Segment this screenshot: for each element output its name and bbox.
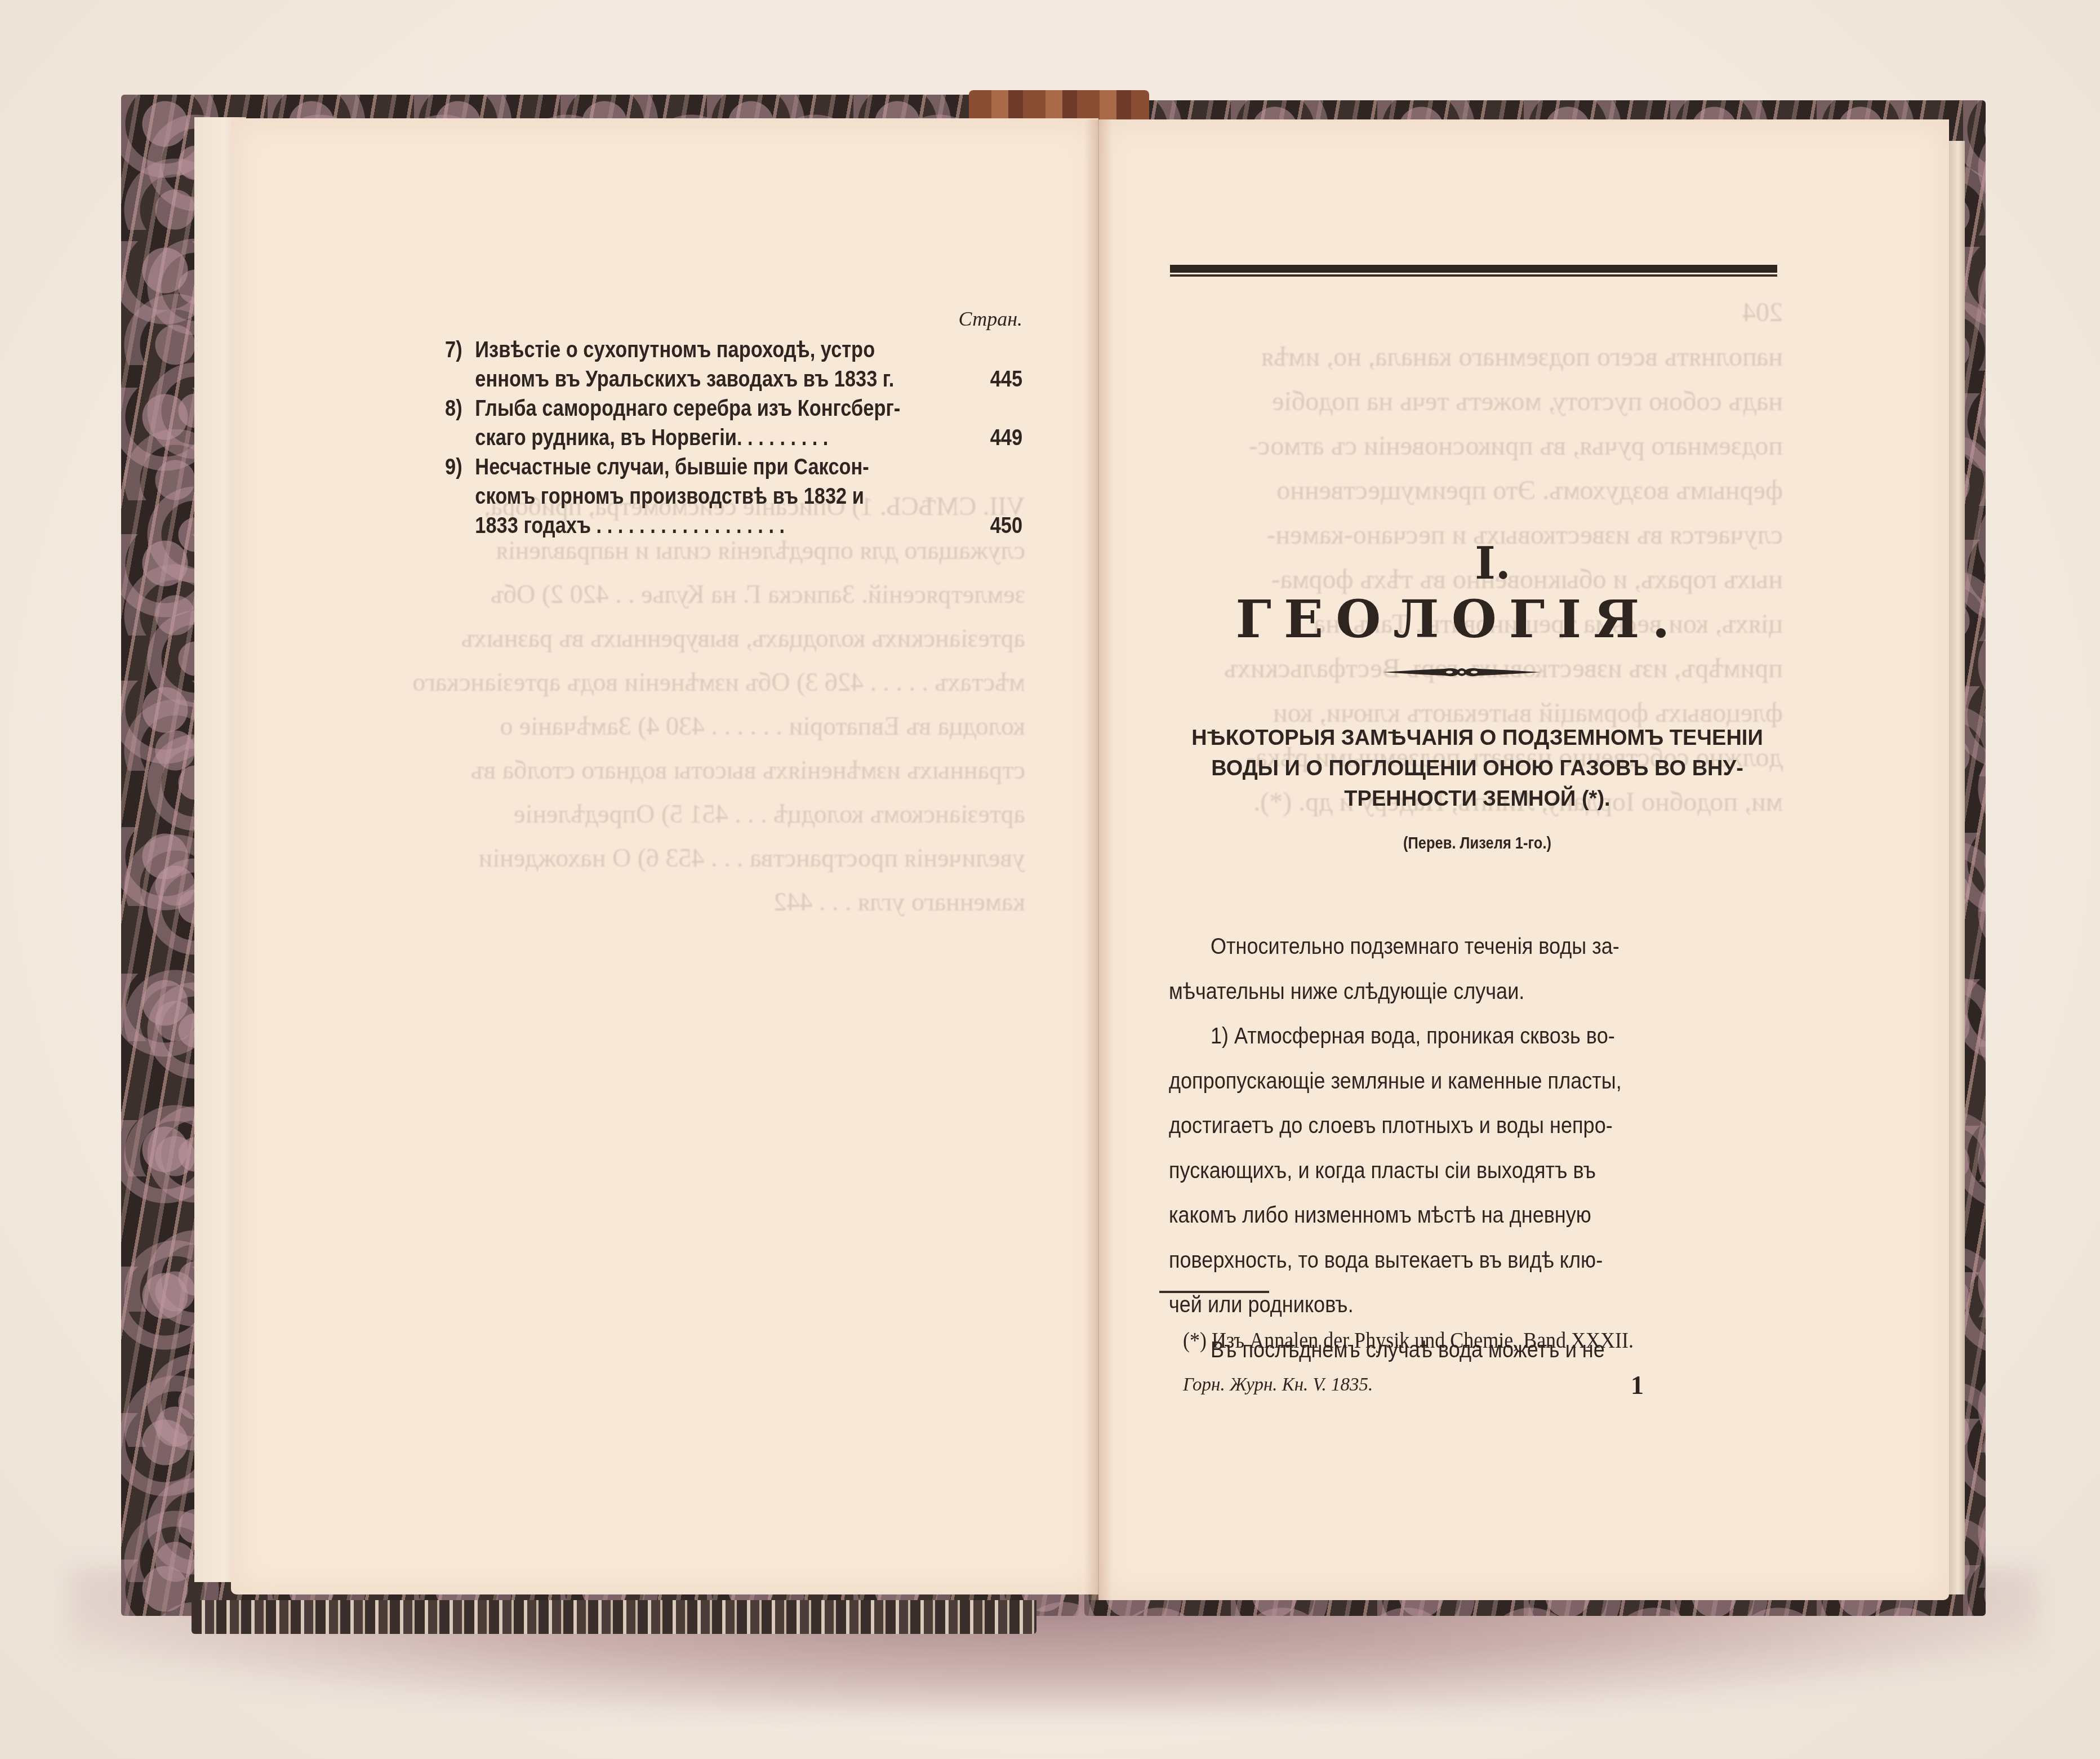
toc-entry-number: 8) — [445, 394, 475, 423]
body-line: допропускающіе земляные и каменные пласт… — [1169, 1059, 1781, 1104]
toc-entry-text: скомъ горномъ производствѣ въ 1832 и — [475, 484, 864, 509]
table-of-contents: Стран. 7)Извѣстіе о сухопутномъ пароходѣ… — [445, 307, 1022, 540]
article-title-line: воды и о поглощеніи оною газовъ во вну- — [1166, 753, 1788, 784]
section-title: ГЕОЛОГІЯ. — [1205, 589, 1712, 650]
toc-entry-text: Извѣстіе о сухопутномъ пароходѣ, устро — [475, 337, 875, 362]
toc-entry-text: енномъ въ Уральскихъ заводахъ въ 1833 г. — [475, 367, 894, 392]
translator-credit: (Перев. Лизеля 1-го.) — [1213, 834, 1742, 853]
signature-mark: Горн. Журн. Кн. V. 1835. — [1183, 1375, 1577, 1396]
body-line: какомъ либо низменномъ мѣстѣ на дневную — [1169, 1193, 1781, 1238]
footnote-rule — [1159, 1291, 1269, 1293]
book-gutter — [1084, 119, 1113, 1600]
toc-entry-9: 9)Несчастные случаи, бывшіе при Саксон- … — [445, 452, 1022, 540]
body-line: достигаетъ до слоевъ плотныхъ и воды неп… — [1169, 1103, 1781, 1148]
body-line: 1) Атмосферная вода, проникая сквозь во- — [1169, 1014, 1823, 1059]
body-line: чей или родниковъ. — [1169, 1282, 1781, 1327]
toc-entry-8: 8)Глыба самороднаго серебра изъ Конгсбер… — [445, 394, 1022, 452]
footnote: (*) Изъ Annalen der Physik und Chemie, B… — [1183, 1327, 1741, 1353]
body-line: Относительно подземнаго теченія воды за- — [1169, 924, 1823, 969]
toc-entry-number: 9) — [445, 452, 475, 482]
right-page-stack-edge — [1949, 141, 1965, 1594]
toc-entry-number: 7) — [445, 335, 475, 365]
article-title-line: тренности земной (*). — [1166, 784, 1788, 814]
body-line: поверхность, то вода вытекаетъ въ видѣ к… — [1169, 1238, 1781, 1283]
article-body: Относительно подземнаго теченія воды за-… — [1169, 924, 1780, 1372]
toc-entry-7: 7)Извѣстіе о сухопутномъ пароходѣ, устро… — [445, 335, 1022, 394]
article-title-line: Нѣкоторыя замѣчанія о подземномъ теченіи — [1166, 723, 1788, 753]
section-number: I. — [1324, 538, 1662, 589]
toc-page-number: 450 — [990, 511, 1022, 540]
toc-entry-text: Несчастные случаи, бывшіе при Саксон- — [475, 455, 869, 479]
sheet-number: 1 — [1631, 1370, 1644, 1400]
toc-entry-text: скаго рудника, въ Норвегіи. . . . . . . … — [475, 425, 828, 450]
toc-entry-text: 1833 годахъ . . . . . . . . . . . . . . … — [475, 513, 785, 538]
toc-page-number: 445 — [990, 365, 1022, 394]
ornament-divider-icon — [1383, 664, 1541, 681]
toc-page-number: 449 — [990, 423, 1022, 452]
book-spine-bottom — [192, 1600, 1036, 1634]
header-rule — [1170, 265, 1777, 274]
body-line: мѣчательны ниже слѣдующіе случаи. — [1169, 969, 1781, 1014]
page-column-header: Стран. — [445, 307, 1022, 335]
article-title: Нѣкоторыя замѣчанія о подземномъ теченіи… — [1166, 723, 1788, 814]
body-line: пускающихъ, и когда пласты сіи выходятъ … — [1169, 1148, 1781, 1193]
toc-entry-text: Глыба самороднаго серебра изъ Конгсберг- — [475, 396, 900, 421]
